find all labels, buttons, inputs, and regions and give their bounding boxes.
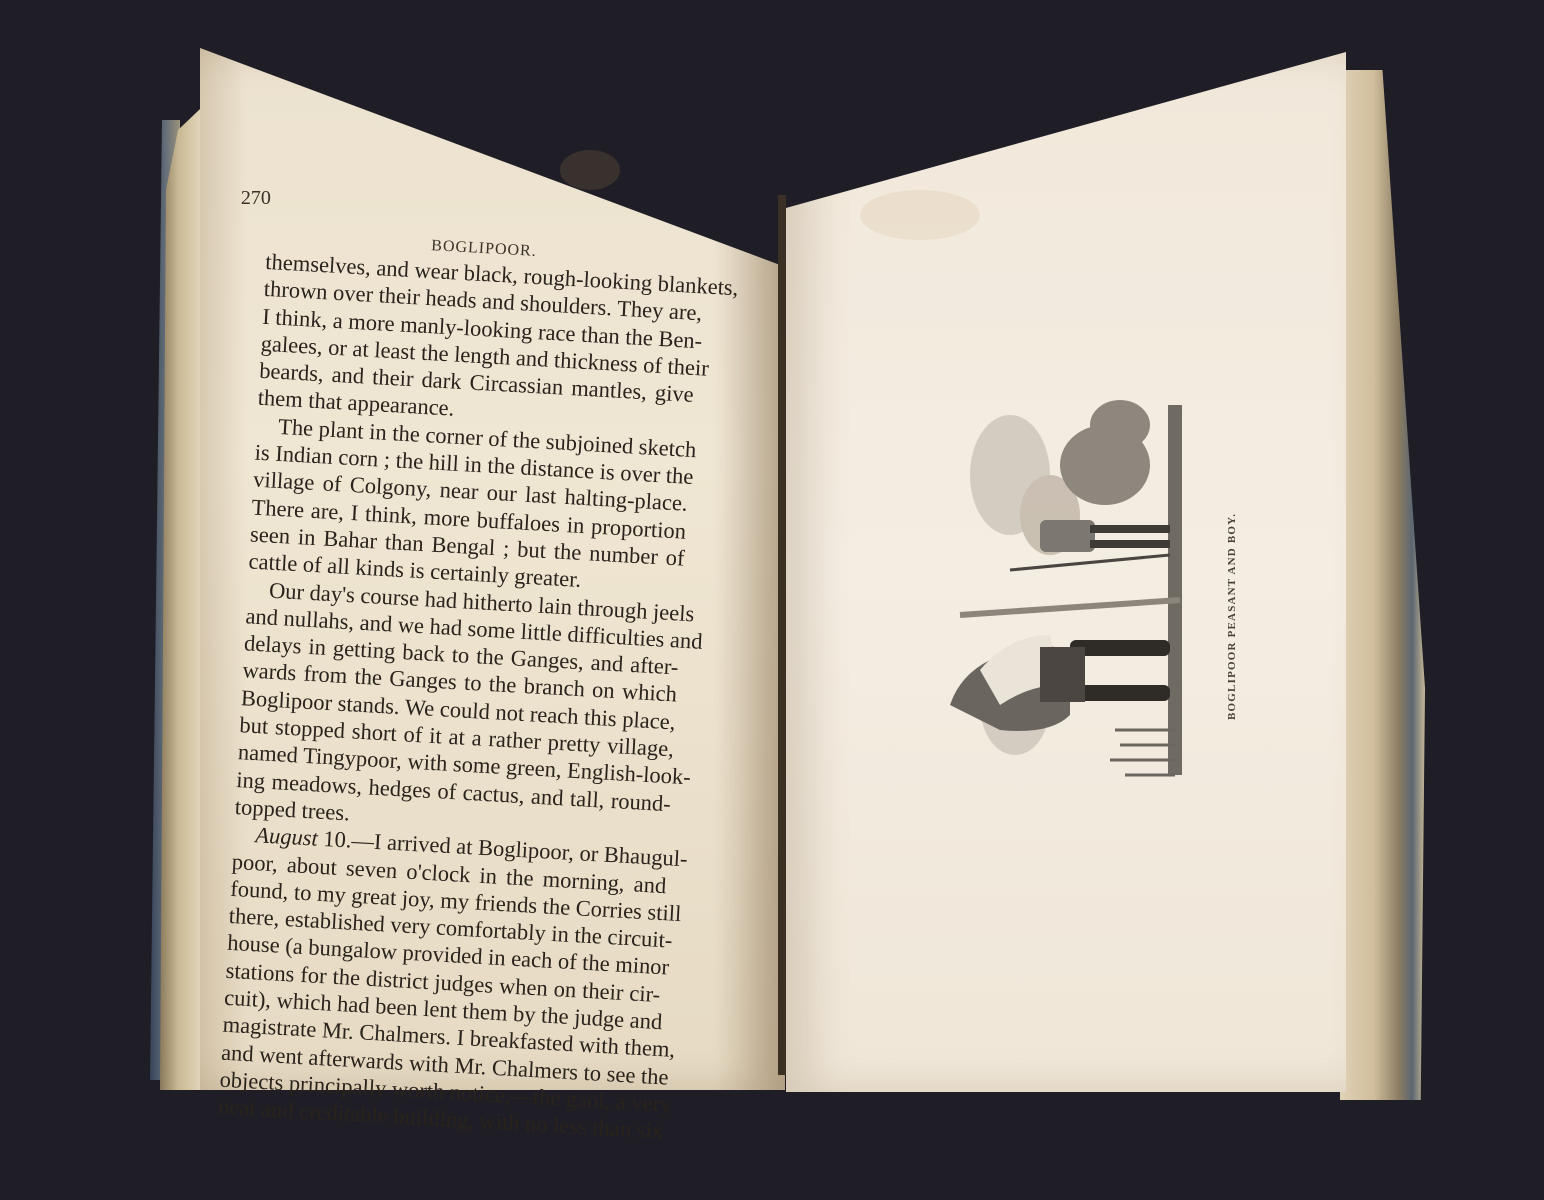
engraving-tree xyxy=(1060,400,1150,505)
left-page-text: 270 BOGLIPOOR. themselves, and wear blac… xyxy=(217,180,704,1144)
engraving-corn xyxy=(1110,730,1175,775)
engraving-ground xyxy=(1168,405,1182,775)
book-photo: 270 BOGLIPOOR. themselves, and wear blac… xyxy=(0,0,1544,1200)
page-number: 270 xyxy=(241,187,271,210)
right-page-stack xyxy=(1340,70,1425,1100)
illustration-caption: BOGLIPOOR PEASANT AND BOY. xyxy=(1226,510,1240,720)
date-label: August xyxy=(255,822,319,850)
engraving-peasant xyxy=(950,600,1180,731)
book-gutter xyxy=(778,195,786,1075)
engraving-illustration xyxy=(940,385,1200,785)
foxing-stain xyxy=(560,150,620,190)
foxing-stain xyxy=(860,190,980,240)
